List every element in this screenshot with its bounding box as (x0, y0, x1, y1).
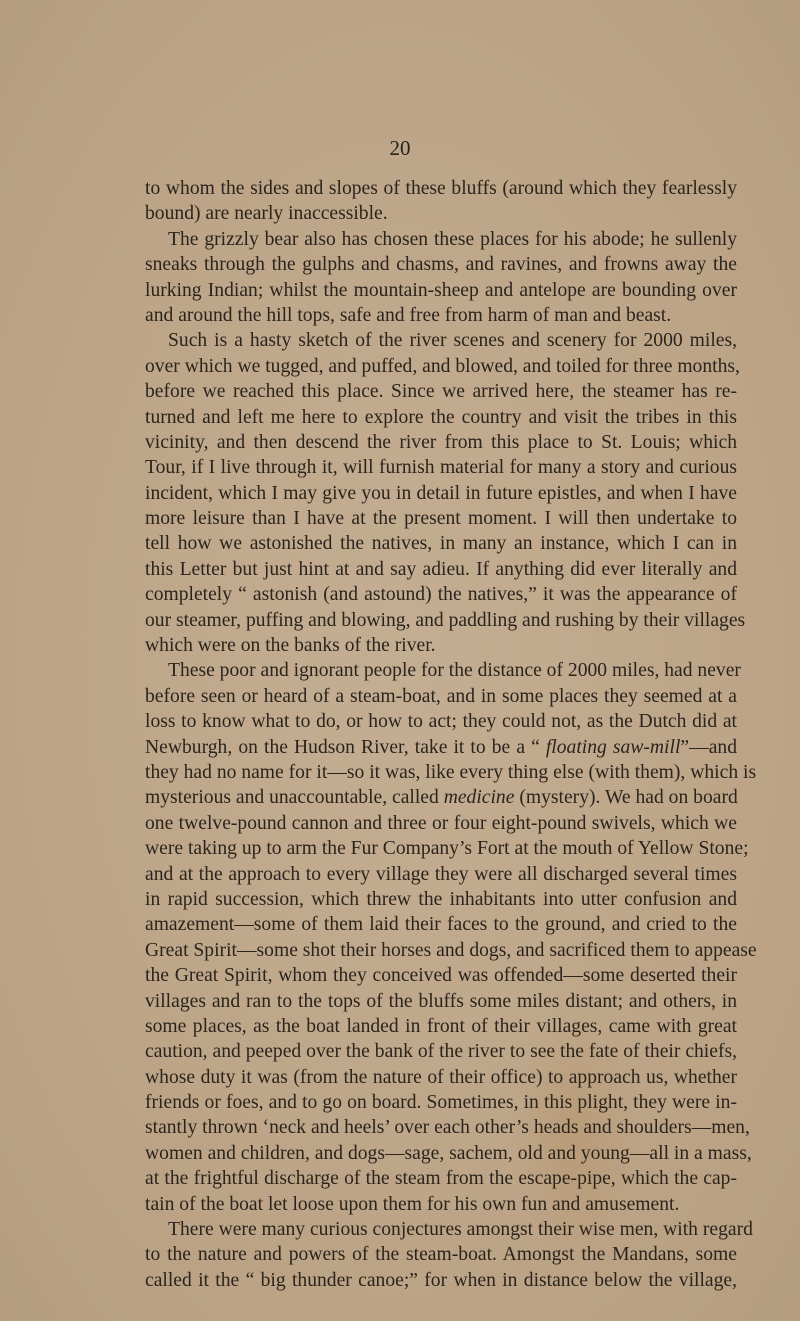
text-line: before we reached this place. Since we a… (145, 379, 737, 404)
text-line: mysterious and unaccountable, called med… (145, 785, 737, 810)
text-line: bound) are nearly inaccessible. (145, 201, 737, 226)
text-line: friends or foes, and to go on board. Som… (145, 1090, 737, 1115)
text-line: the Great Spirit, whom they conceived wa… (145, 963, 737, 988)
text-line: Tour, if I live through it, will furnish… (145, 455, 737, 480)
text-line: they had no name for it—so it was, like … (145, 760, 737, 785)
page-number: 20 (0, 136, 800, 161)
text-line: vicinity, and then descend the river fro… (145, 430, 737, 455)
text-line: There were many curious conjectures amon… (145, 1217, 737, 1242)
text-line: These poor and ignorant people for the d… (145, 658, 737, 683)
text-line: which were on the banks of the river. (145, 633, 737, 658)
text-line: Newburgh, on the Hudson River, take it t… (145, 735, 737, 760)
text-line: tain of the boat let loose upon them for… (145, 1192, 737, 1217)
text-line: were taking up to arm the Fur Company’s … (145, 836, 737, 861)
text-line: this Letter but just hint at and say adi… (145, 557, 737, 582)
text-line: incident, which I may give you in detail… (145, 481, 737, 506)
text-line: and around the hill tops, safe and free … (145, 303, 737, 328)
text-line: Great Spirit—some shot their horses and … (145, 938, 737, 963)
text-line: The grizzly bear also has chosen these p… (145, 227, 737, 252)
text-line: lurking Indian; whilst the mountain-shee… (145, 278, 737, 303)
text-line: tell how we astonished the natives, in m… (145, 531, 737, 556)
text-line: some places, as the boat landed in front… (145, 1014, 737, 1039)
text-line: called it the “ big thunder canoe;” for … (145, 1268, 737, 1293)
text-line: at the frightful discharge of the steam … (145, 1166, 737, 1191)
text-line: amazement—some of them laid their faces … (145, 912, 737, 937)
text-line: women and children, and dogs—sage, sache… (145, 1141, 737, 1166)
text-line: to the nature and powers of the steam-bo… (145, 1242, 737, 1267)
text-line: Such is a hasty sketch of the river scen… (145, 328, 737, 353)
text-line: whose duty it was (from the nature of th… (145, 1065, 737, 1090)
italic-term: floating saw-mill (546, 737, 681, 758)
text-line: in rapid succession, which threw the inh… (145, 887, 737, 912)
text-line: turned and left me here to explore the c… (145, 405, 737, 430)
text-line: one twelve-pound cannon and three or fou… (145, 811, 737, 836)
text-line: before seen or heard of a steam-boat, an… (145, 684, 737, 709)
body-text: to whom the sides and slopes of these bl… (145, 176, 737, 1293)
text-line: loss to know what to do, or how to act; … (145, 709, 737, 734)
text-line: caution, and peeped over the bank of the… (145, 1039, 737, 1064)
text-line: and at the approach to every village the… (145, 862, 737, 887)
text-line: villages and ran to the tops of the bluf… (145, 989, 737, 1014)
text-line: to whom the sides and slopes of these bl… (145, 176, 737, 201)
text-line: sneaks through the gulphs and chasms, an… (145, 252, 737, 277)
text-line: our steamer, puffing and blowing, and pa… (145, 608, 737, 633)
text-line: stantly thrown ‘neck and heels’ over eac… (145, 1115, 737, 1140)
text-line: completely “ astonish (and astound) the … (145, 582, 737, 607)
text-line: over which we tugged, and puffed, and bl… (145, 354, 737, 379)
italic-term: medicine (444, 787, 515, 808)
text-line: more leisure than I have at the present … (145, 506, 737, 531)
